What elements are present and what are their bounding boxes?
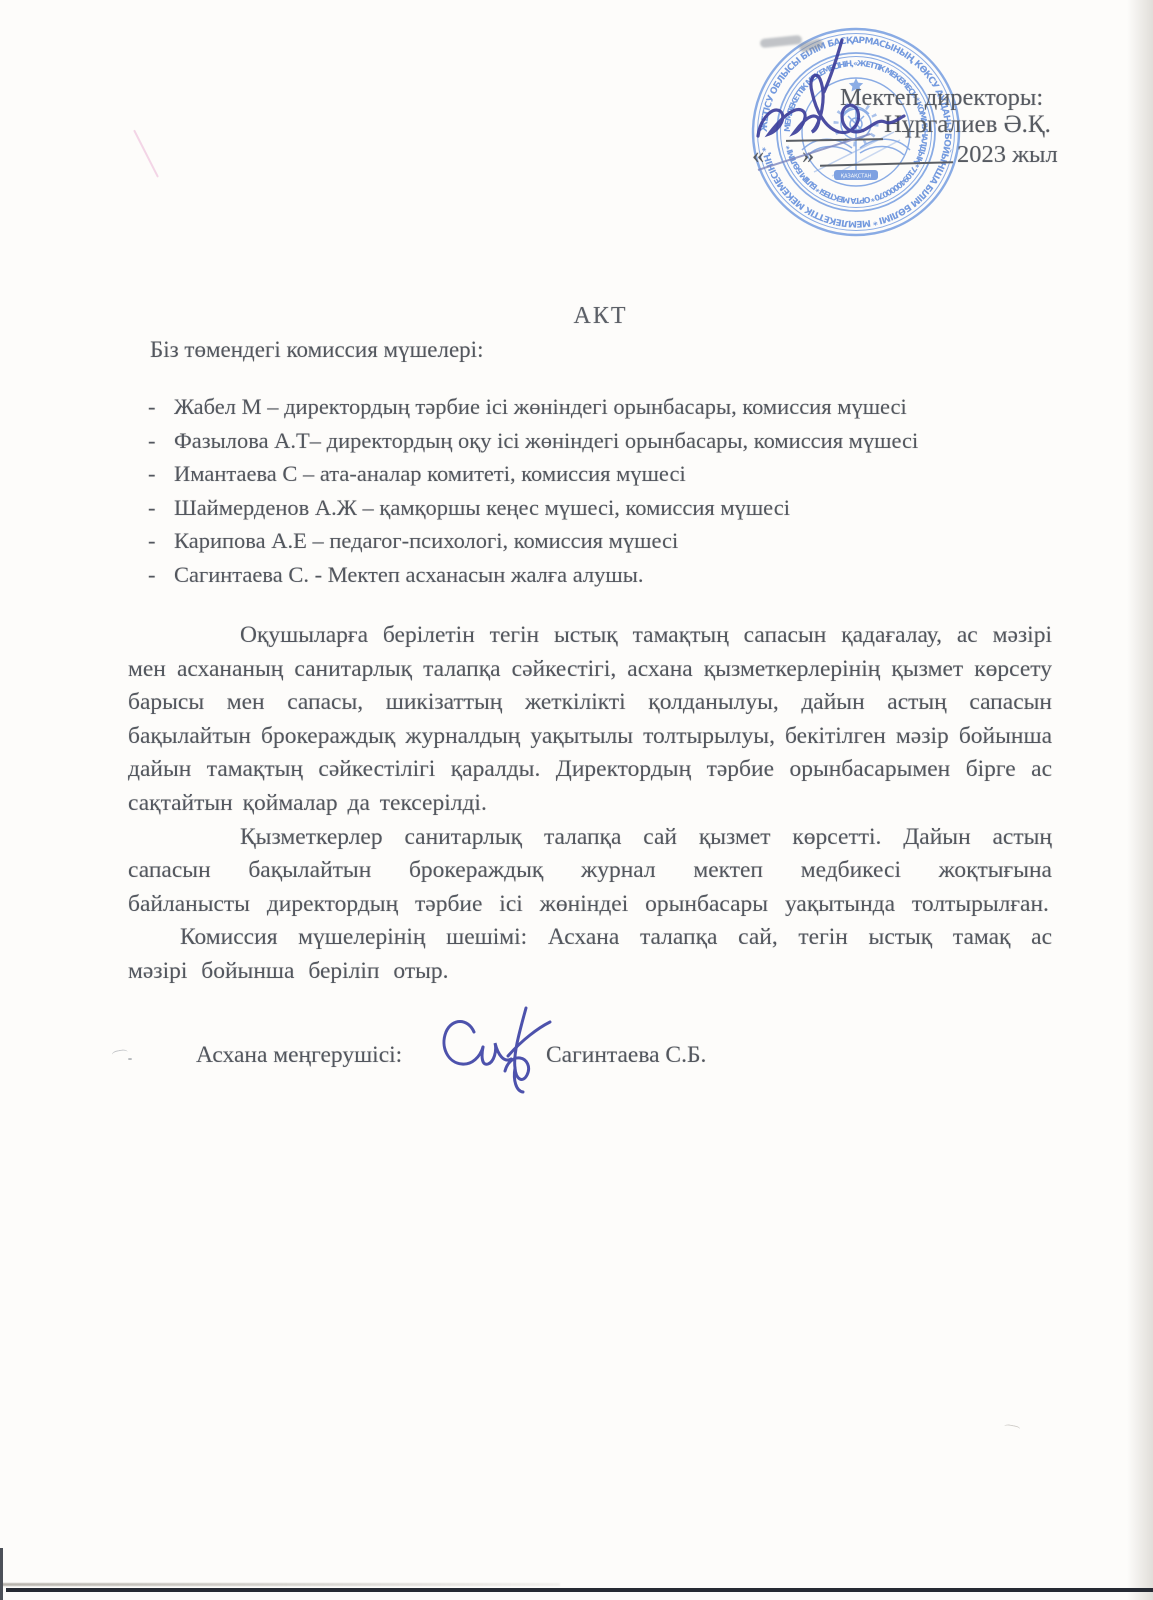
director-signature-ink	[750, 34, 920, 164]
page-title: АКТ	[48, 303, 1153, 330]
scan-speck	[111, 1049, 128, 1061]
canteen-manager-name: Сагинтаева С.Б.	[546, 1042, 706, 1069]
commission-member-row: - Карипова А.Е – педагог-психологі, коми…	[148, 524, 1108, 558]
scan-speck	[128, 1058, 132, 1060]
scan-bottom-smudge	[0, 1583, 560, 1586]
member-text: Сагинтаева С. - Мектеп асханасын жалға а…	[174, 558, 643, 592]
commission-member-row: - Жабел М – директордың тәрбие ісі жөнін…	[148, 390, 1108, 424]
scan-speck	[1004, 1424, 1021, 1434]
scan-left-edge	[0, 1548, 3, 1600]
bullet-dash: -	[148, 558, 174, 592]
canteen-manager-label: Асхана меңгерушісі:	[196, 1042, 402, 1069]
member-text: Шаймерденов А.Ж – қамқоршы кеңес мүшесі,…	[174, 491, 790, 525]
paragraph: Комиссия мүшелерінің шешімі: Асхана тала…	[128, 921, 1052, 988]
bullet-dash: -	[148, 457, 174, 491]
emblem-banner-text: ҚАЗАҚСТАН	[841, 174, 872, 180]
commission-member-row: - Имантаева С – ата-аналар комитеті, ком…	[148, 457, 1108, 491]
commission-member-row: - Шаймерденов А.Ж – қамқоршы кеңес мүшес…	[148, 491, 1108, 525]
paragraph: Қызметкерлер санитарлық талапқа сай қызм…	[128, 821, 1052, 922]
paragraph: Оқушыларға берілетін тегін ыстық тамақты…	[128, 619, 1052, 821]
commission-members-list: - Жабел М – директордың тәрбие ісі жөнін…	[148, 390, 1108, 591]
signature-slash-stroke	[824, 40, 842, 92]
canteen-manager-signature-ink	[436, 1004, 554, 1096]
pink-scan-line	[133, 129, 159, 177]
scan-bottom-edge	[6, 1588, 1153, 1592]
member-text: Фазылова А.Т– директордың оқу ісі жөнінд…	[174, 424, 918, 458]
member-text: Жабел М – директордың тәрбие ісі жөнінде…	[174, 390, 907, 424]
page-edge-shadow	[1127, 0, 1153, 1600]
body-paragraphs: Оқушыларға берілетін тегін ыстық тамақты…	[128, 619, 1052, 989]
bullet-dash: -	[148, 491, 174, 525]
intro-line: Біз төмендегі комиссия мүшелері:	[150, 337, 483, 363]
bullet-dash: -	[148, 524, 174, 558]
year-label: 2023 жыл	[957, 141, 1058, 169]
commission-member-row: - Фазылова А.Т– директордың оқу ісі жөні…	[148, 424, 1108, 458]
commission-member-row: - Сагинтаева С. - Мектеп асханасын жалға…	[148, 558, 1108, 592]
member-text: Карипова А.Е – педагог-психологі, комисс…	[174, 524, 678, 558]
scanned-act-document: { "document": { "title": "АКТ", "intro":…	[0, 0, 1153, 1600]
bullet-dash: -	[148, 390, 174, 424]
member-text: Имантаева С – ата-аналар комитеті, комис…	[174, 457, 686, 491]
bullet-dash: -	[148, 424, 174, 458]
